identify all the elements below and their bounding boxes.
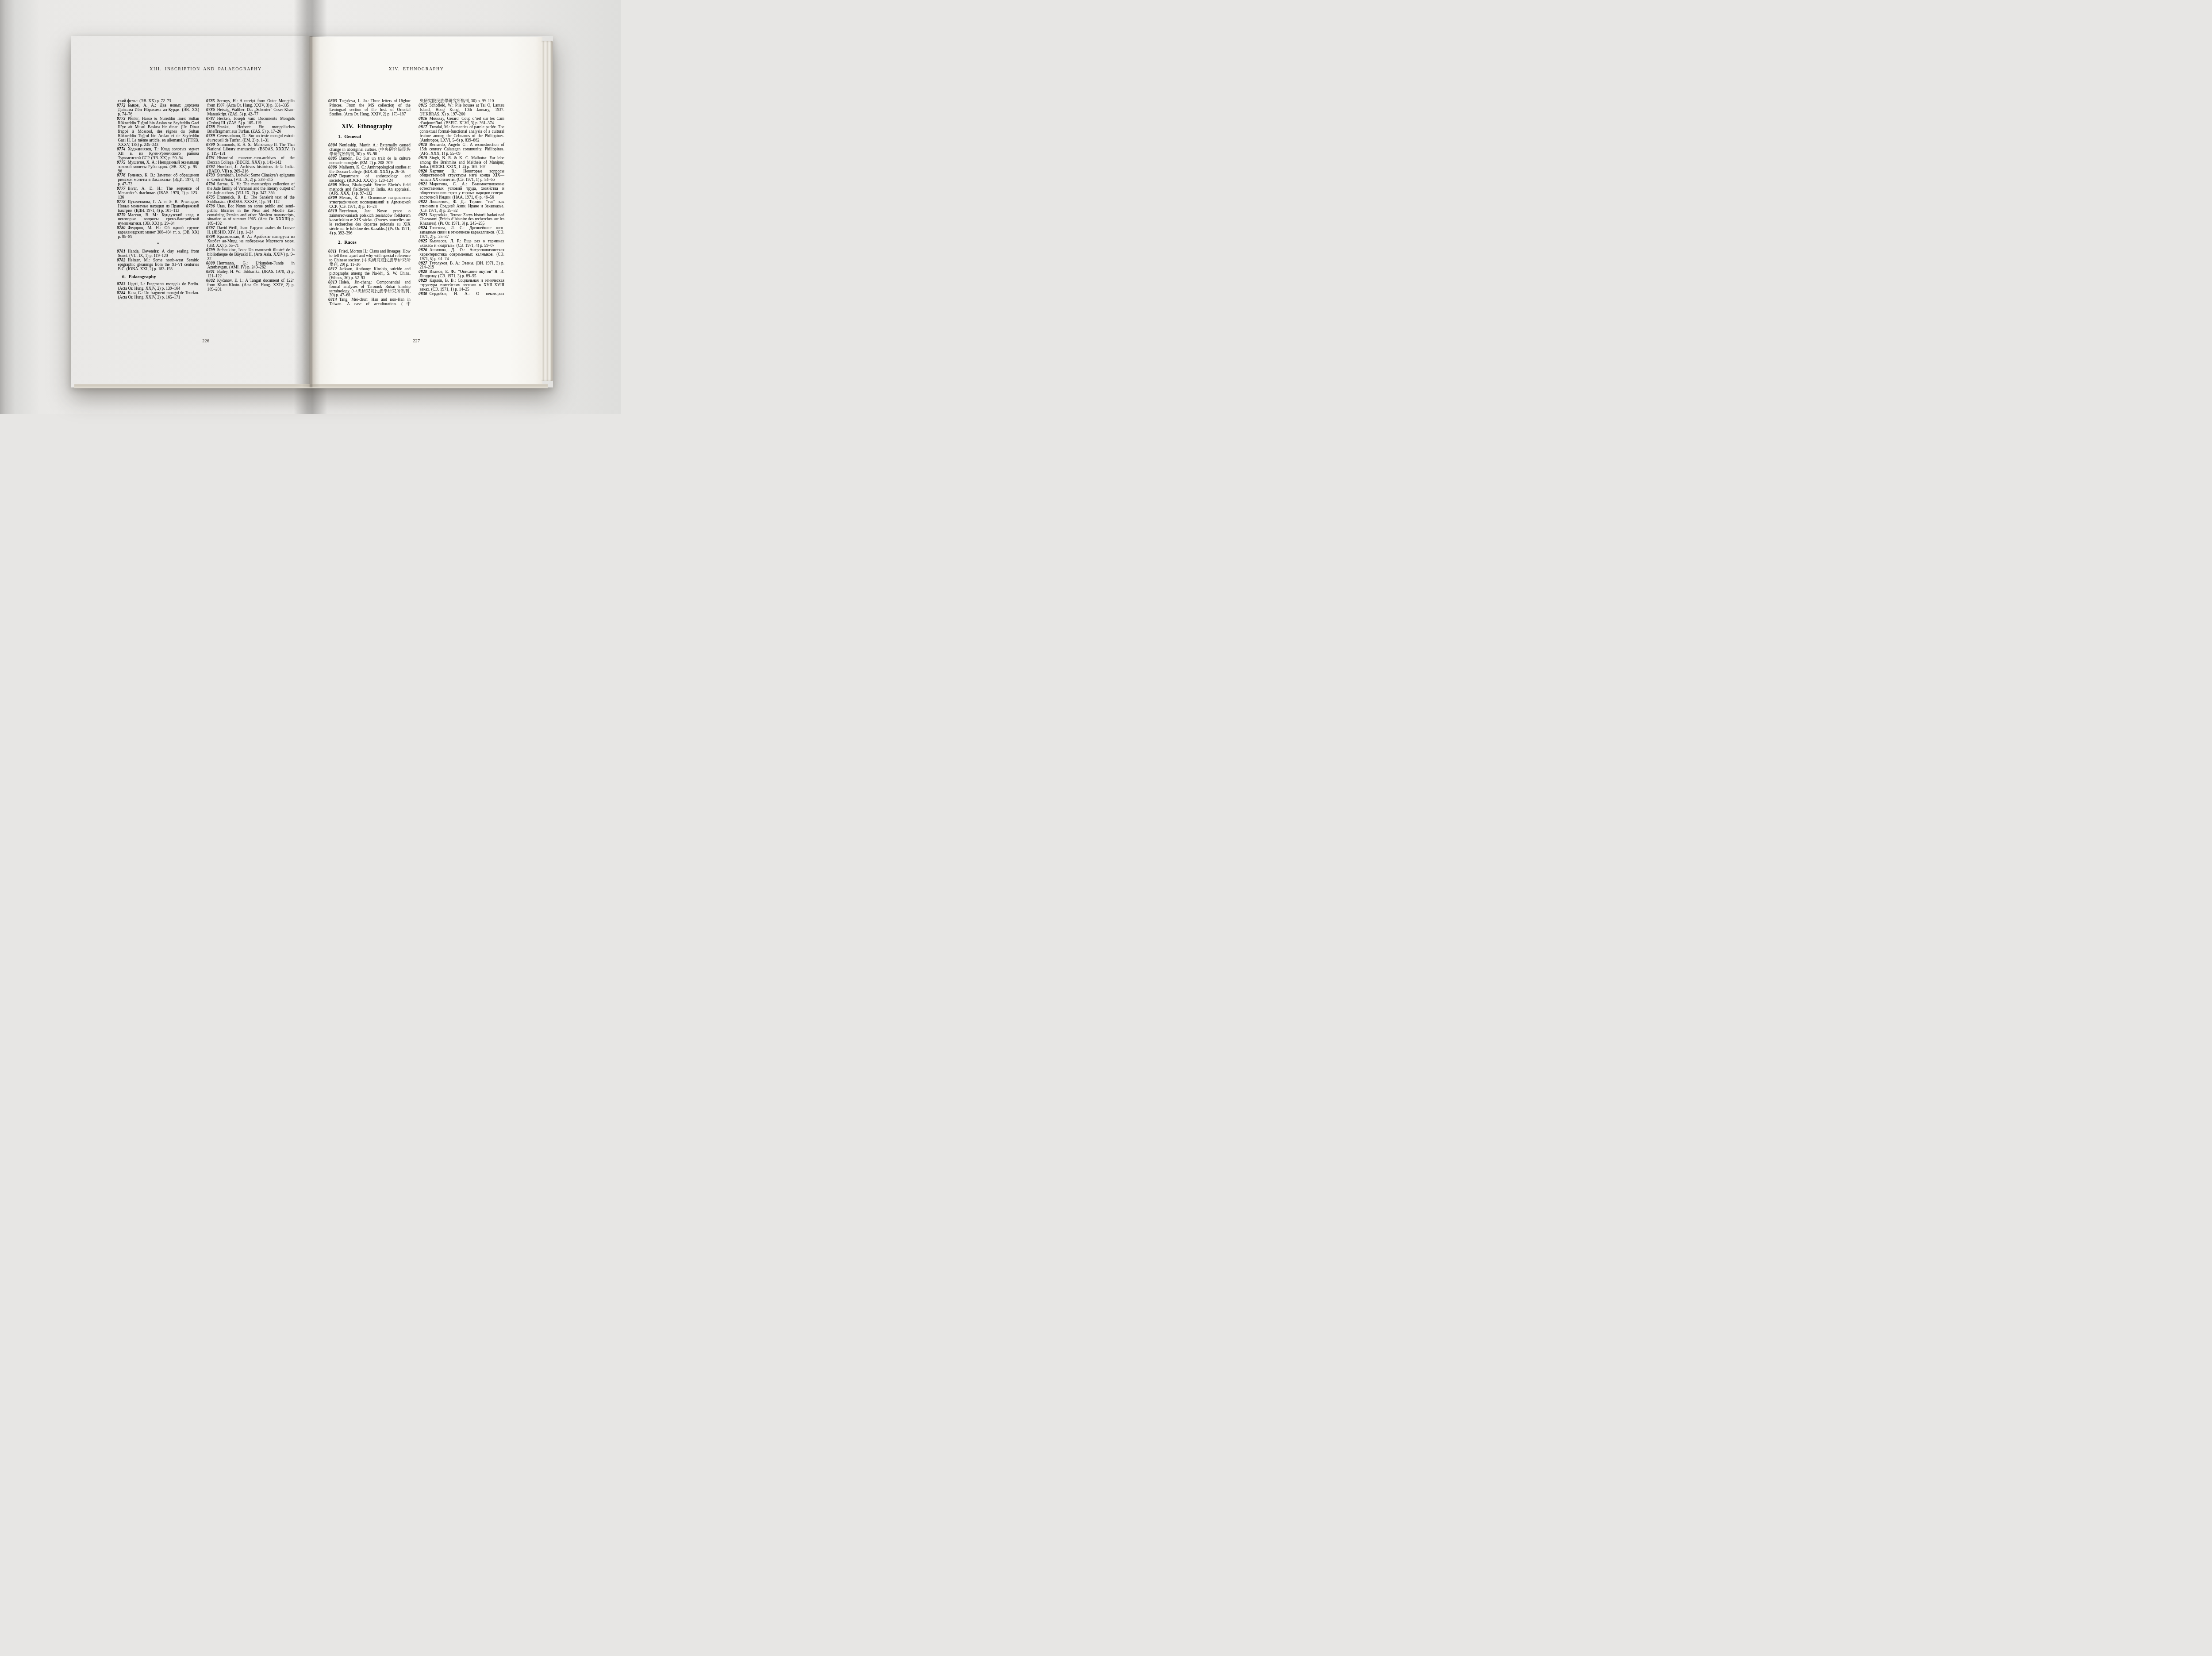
bib-entry-0817: 0817Trosdal, M.: Semantics of parole par…: [419, 126, 504, 143]
entry-text: Franke, Herbert: Ein mongolisches Brieff…: [207, 125, 295, 134]
entry-number: 0791: [206, 156, 215, 161]
entry-number: 0790: [206, 143, 215, 147]
entry-number: 0775: [117, 161, 126, 165]
bib-entry-0781: 0781Handa, Devendra: A clay sealing from…: [117, 250, 199, 259]
entry-text: Pfeiler, Hasso & Nureddin İmre: Sultan R…: [118, 117, 200, 147]
bib-entry-0815: 0815Schofield, W.: Pile houses at Tai O,…: [419, 104, 504, 117]
entry-text: Bivar, A. D. H.: The sequence of Menande…: [118, 187, 200, 200]
entry-text: Nettleship, Martin A.: Externally caused…: [330, 143, 411, 157]
entry-text: Ходжаниязов, Т.: Клад золотых монет XII …: [118, 147, 200, 161]
right-page-column-1: 0803Tuguševa, L. Ju.: Three letters of U…: [328, 100, 411, 307]
entry-text: Damdin, B.: Sur un trait de la culture n…: [330, 157, 411, 165]
entry-number: 0801: [206, 270, 215, 274]
bib-entry-0826: 0826Ашилова, Д. О.: Антропологическая ха…: [419, 249, 504, 262]
entry-text: Stchoukine, Ivan: Un manuscrit illustré …: [207, 248, 295, 261]
entry-number: 0819: [419, 156, 427, 161]
left-page-number: 226: [117, 339, 295, 344]
bib-entry-0809: 0809Мелик, К. В.: Основные направления э…: [328, 196, 411, 210]
entry-text: Маретина, С. А.: Взаимоотношение естеств…: [420, 182, 505, 200]
entry-number: 0781: [117, 249, 126, 254]
entry-number: 0817: [419, 125, 427, 130]
entry-number: 0793: [206, 173, 215, 178]
entry-text: Массон, В. М.: Кундузский клад и некотор…: [118, 213, 200, 226]
entry-number: 0795: [206, 195, 215, 200]
bib-entry-0823: 0823Nagrodzka, Teresa: Zarys historii ba…: [419, 214, 504, 227]
bib-entry-0795: 0795Emmerick, R. E.: The Sanskrit text o…: [206, 196, 295, 205]
right-page-number: 227: [328, 339, 504, 344]
section-heading: 2.Races: [328, 241, 411, 245]
heading-label: Races: [344, 240, 357, 245]
bib-entry-0807: 0807Department of anthropology and socio…: [328, 175, 411, 184]
entry-text: Tuguševa, L. Ju.: Three letters of Uighu…: [330, 99, 411, 117]
entry-text: Сердобов, Н. А.: О некоторых: [430, 292, 504, 296]
bib-entry-0822: 0822Люшкевич, Ф. Д.: Термин “тат” как эт…: [419, 200, 504, 214]
bib-entry-0812: 0812Jackson, Anthony: Kinship, suicide a…: [328, 268, 411, 281]
entry-number: 0784: [117, 291, 126, 295]
entry-text: Bailey, H. W.: Tokharika. (JRAS. 1970, 2…: [207, 270, 295, 279]
entry-text: Singh, N. R. & K. C. Malhotra: Ear lobe …: [420, 156, 505, 169]
entry-number: 0827: [419, 261, 427, 266]
entry-text: Jackson, Anthony: Kinship, suicide and p…: [330, 267, 411, 280]
entry-text: Kara, G.: Un fragment mongol de Tourfan.…: [118, 291, 200, 300]
entry-text: Туголуков, В. А.: Эвены. (ВИ. 1971, 3) p…: [420, 261, 505, 270]
entry-number: 0810: [328, 209, 337, 214]
entry-text: Федоров, М. Н.: Об одной группе карахани…: [118, 226, 200, 239]
entry-number: 0780: [117, 226, 126, 230]
entry-text: Heltzer, M.: Some north-west Semitic epi…: [118, 258, 200, 272]
bib-entry-0804: 0804Nettleship, Martin A.: Externally ca…: [328, 144, 411, 157]
heading-number: 2.: [338, 240, 342, 245]
entry-text: Misra, Bhabagrahi: Verrier Elwin’s field…: [330, 183, 411, 196]
entry-number: 0830: [419, 292, 427, 296]
page-edges-right: [541, 41, 553, 381]
entry-text: Мушегян, Х. А.: Неизданный экземпляр зол…: [118, 161, 200, 174]
heading-label: Ethnography: [357, 123, 392, 130]
entry-number: 0826: [419, 248, 427, 253]
bib-entry-0800: 0800Herrmann, G.: Urkunden-Funde in Azer…: [206, 262, 295, 271]
bib-entry-0784: 0784Kara, G.: Un fragment mongol de Tour…: [117, 291, 199, 300]
open-book: XIII. INSCRIPTION AND PALAEOGRAPHY XIV. …: [71, 36, 553, 387]
bib-entry-0810: 0810Reychman, Jan: Nowe prace o zainters…: [328, 210, 411, 236]
entry-text: Fried, Morton H.: Clans and lineages. Ho…: [330, 249, 411, 267]
bib-entry-0792: 0792Humbert, J.: Archivos históricos de …: [206, 165, 295, 174]
entry-text: Kyčanov, E. I.: A Tangut document of 122…: [207, 279, 295, 292]
bib-entry-0782: 0782Heltzer, M.: Some north-west Semitic…: [117, 259, 199, 272]
bib-entry-0830: 0830Сердобов, Н. А.: О некоторых: [419, 292, 504, 297]
entry-text: Schofield, W.: Pile houses at Tai O, Lan…: [420, 103, 505, 117]
entry-number: 0777: [117, 187, 126, 191]
bib-entry-0783: 0783Ligeti, L.: Fragments mongols de Ber…: [117, 283, 199, 291]
entry-number: 0820: [419, 169, 427, 174]
entry-number: 0828: [419, 270, 427, 274]
bib-entry-0785: 0785Serruys, H.: A receipt from Outer Mo…: [206, 100, 295, 108]
entry-number: 0814: [328, 298, 337, 302]
bib-entry-0794: 0794Sarma, K. V.: The manuscripts collec…: [206, 183, 295, 196]
entry-text: Sarma, K. V.: The manuscripts collection…: [207, 182, 295, 195]
bib-entry-0801: 0801Bailey, H. W.: Tokharika. (JRAS. 197…: [206, 270, 295, 279]
entry-number: 0825: [419, 239, 427, 244]
entry-text: Кызласов, Л. Р.: Еще раз о терминах «хак…: [420, 239, 505, 248]
left-running-head: XIII. INSCRIPTION AND PALAEOGRAPHY: [117, 67, 295, 72]
entry-number: 0797: [206, 226, 215, 230]
left-page-column-2: 0785Serruys, H.: A receipt from Outer Mo…: [206, 100, 295, 292]
entry-text: Толстова, Л. С.: Древнейшие юго-западные…: [420, 226, 505, 239]
entry-number: 0816: [419, 117, 427, 121]
entry-text: Люшкевич, Ф. Д.: Термин “тат” как этнони…: [420, 200, 505, 213]
section-heading: 6.Palaeography: [117, 275, 199, 280]
entry-text: Hsieh, Jin-chang: Componential and forma…: [330, 280, 411, 298]
left-page-column-1: ский фельс. (ЭВ. XX) p. 72–730772Быков, …: [117, 100, 199, 300]
bib-entry-0790: 0790Simmonds, E. H. S.: Mahōrasop II. Th…: [206, 143, 295, 157]
entry-text: Bernardo, Angelo G.: A reconstruction of…: [420, 143, 505, 156]
entry-number: 0811: [328, 249, 337, 254]
entry-text: Крачковская, В. А.: Арабские папирусы из…: [207, 235, 295, 248]
entry-text: Trosdal, M.: Semantics of parole parlée.…: [420, 125, 505, 143]
entry-number: 0782: [117, 258, 126, 263]
entry-number: 0794: [206, 182, 215, 187]
bib-entry-0813: 0813Hsieh, Jin-chang: Componential and f…: [328, 281, 411, 299]
bib-entry-0778: 0778Пугаченкова, Г. А. и Э. В. Ртвеладзе…: [117, 200, 199, 214]
entry-text: Utas, Bo: Notes on some public and semi-…: [207, 204, 295, 226]
entry-number: 0778: [117, 200, 126, 204]
bib-entry-0814: 0814Tang, Mei-chun: Han and non-Han in T…: [328, 298, 411, 307]
bib-entry-0824: 0824Толстова, Л. С.: Древнейшие юго-запа…: [419, 226, 504, 240]
entry-text: Быков, А. А.: Два новых дирхема Дайсама …: [118, 103, 200, 117]
heading-label: Palaeography: [129, 275, 156, 280]
bib-entry-0827: 0827Туголуков, В. А.: Эвены. (ВИ. 1971, …: [419, 262, 504, 271]
entry-number: 0788: [206, 125, 215, 130]
entry-number: 0798: [206, 235, 215, 239]
entry-text: Cerensodnom, D.: Sur un texte mongol ext…: [207, 134, 295, 143]
entry-number: 0787: [206, 117, 215, 121]
entry-text: Sternbach, Ludwik: Some Cāṇakya’s epigra…: [207, 173, 295, 182]
bib-entry-0788: 0788Franke, Herbert: Ein mongolisches Br…: [206, 126, 295, 134]
entry-text: Emmerick, R. E.: The Sanskrit text of th…: [207, 195, 295, 204]
photo-of-open-book: XIII. INSCRIPTION AND PALAEOGRAPHY XIV. …: [0, 0, 621, 414]
right-page-column-2: 央研究院民族學研究所集刊, 30) p. 99–1100815Schofield…: [419, 100, 504, 297]
right-running-head: XIV. ETHNOGRAPHY: [328, 67, 504, 72]
bib-entry-0772: 0772Быков, А. А.: Два новых дирхема Дайс…: [117, 104, 199, 117]
entry-text: Handa, Devendra: A clay sealing from Sun…: [118, 249, 200, 258]
entry-text: Simmonds, E. H. S.: Mahōrasop II. The Th…: [207, 143, 295, 156]
entry-text: Голенко, К. В.: Заметки об обращении рим…: [118, 173, 200, 187]
bib-entry-0803: 0803Tuguševa, L. Ju.: Three letters of U…: [328, 100, 411, 117]
entry-number: 0799: [206, 248, 215, 253]
bib-entry-0789: 0789Cerensodnom, D.: Sur un texte mongol…: [206, 134, 295, 143]
bib-entry-0829: 0829Карлов, В. В.: Социальная и этническ…: [419, 279, 504, 292]
entry-number: 0808: [328, 183, 337, 188]
entry-number: 0803: [328, 99, 337, 103]
bib-entry-0811: 0811Fried, Morton H.: Clans and lineages…: [328, 250, 411, 268]
entry-text: David-Weill, Jean: Papyrus arabes du Lou…: [207, 226, 295, 235]
heading-number: 1.: [338, 134, 342, 139]
entry-number: 0809: [328, 196, 337, 200]
bib-entry-0786: 0786Heissig, Walther: Das „Scheuter“ Ges…: [206, 108, 295, 117]
entry-number: 0792: [206, 165, 215, 169]
bib-entry-0818: 0818Bernardo, Angelo G.: A reconstructio…: [419, 143, 504, 157]
bib-entry-0776: 0776Голенко, К. В.: Заметки об обращении…: [117, 174, 199, 187]
section-heading: 1.General: [328, 135, 411, 139]
entry-text: Moussay, Gérard: Coup d’œil sur les Cam …: [420, 117, 505, 126]
entry-text: Иванов, Е. Ф.: “Описание якутов” Я. И. Л…: [420, 270, 505, 279]
bib-entry-0825: 0825Кызласов, Л. Р.: Еще раз о терминах …: [419, 240, 504, 249]
chapter-title: XIV.Ethnography: [328, 125, 411, 129]
entry-text: Карлов, В. В.: Социальная и этническая с…: [420, 279, 505, 292]
entry-number: 0789: [206, 134, 215, 138]
bib-entry-0828: 0828Иванов, Е. Ф.: “Описание якутов” Я. …: [419, 270, 504, 279]
bib-entry-0793: 0793Sternbach, Ludwik: Some Cāṇakya’s ep…: [206, 174, 295, 183]
entry-number: 0804: [328, 143, 337, 148]
bib-entry-0819: 0819Singh, N. R. & K. C. Malhotra: Ear l…: [419, 157, 504, 170]
bib-entry-0773: 0773Pfeiler, Hasso & Nureddin İmre: Sult…: [117, 117, 199, 148]
heading-number: 6.: [122, 275, 126, 280]
entry-number: 0796: [206, 204, 215, 209]
entry-text: Heissig, Walther: Das „Scheuter“ Geser-K…: [207, 108, 295, 117]
entry-text: Tang, Mei-chun: Han and non-Han in Taiwa…: [330, 298, 411, 307]
entry-text: Nagrodzka, Teresa: Zarys historii badań …: [420, 213, 505, 226]
entry-text: Serruys, H.: A receipt from Outer Mongol…: [207, 99, 295, 108]
bib-entry-0797: 0797David-Weill, Jean: Papyrus arabes du…: [206, 226, 295, 235]
entry-text: Department of anthropology and sociology…: [330, 174, 411, 183]
section-separator: *: [117, 243, 199, 247]
entry-number: 0813: [328, 280, 337, 285]
bib-entry-0796: 0796Utas, Bo: Notes on some public and s…: [206, 205, 295, 227]
bib-entry-0802: 0802Kyčanov, E. I.: A Tangut document of…: [206, 279, 295, 292]
entry-number: 0806: [328, 165, 337, 170]
entry-number: 0812: [328, 267, 337, 272]
entry-number: 0772: [117, 103, 126, 108]
entry-number: 0774: [117, 147, 126, 152]
entry-number: 0776: [117, 173, 126, 178]
bib-entry-0791: 0791Historical museum-cum-archives of th…: [206, 157, 295, 165]
entry-text: Пугаченкова, Г. А. и Э. В. Ртвеладзе: Но…: [118, 200, 200, 213]
bib-entry-0816: 0816Moussay, Gérard: Coup d’œil sur les …: [419, 117, 504, 126]
entry-number: 0821: [419, 182, 427, 187]
bib-entry-0798: 0798Крачковская, В. А.: Арабские папирус…: [206, 235, 295, 249]
bib-entry-0821: 0821Маретина, С. А.: Взаимоотношение ест…: [419, 183, 504, 200]
entry-text: Malhotra, K. C.: Anthropological studies…: [330, 165, 411, 174]
bib-entry-0820: 0820Хартвиг, В.: Некоторые вопросы общес…: [419, 170, 504, 183]
bib-entry-0787: 0787Hecken, Joseph van: Documents Mongol…: [206, 117, 295, 126]
bib-entry-0779: 0779Массон, В. М.: Кундузский клад и нек…: [117, 214, 199, 227]
heading-number: XIV.: [342, 123, 353, 130]
entry-text: Reychman, Jan: Nowe prace o zaintersowan…: [330, 209, 411, 236]
bib-entry-0775: 0775Мушегян, Х. А.: Неизданный экземпляр…: [117, 161, 199, 174]
entry-number: 0807: [328, 174, 337, 179]
entry-text: Мелик, К. В.: Основные направления этног…: [330, 196, 411, 209]
bib-entry-0780: 0780Федоров, М. Н.: Об одной группе кара…: [117, 226, 199, 240]
entry-number: 0815: [419, 103, 427, 108]
heading-label: General: [344, 134, 361, 139]
bib-entry-0774: 0774Ходжаниязов, Т.: Клад золотых монет …: [117, 148, 199, 161]
bib-entry-0805: 0805Damdin, B.: Sur un trait de la cultu…: [328, 157, 411, 166]
entry-text: Humbert, J.: Archivos históricos de la I…: [207, 165, 295, 174]
entry-text: Herrmann, G.: Urkunden-Funde in Azerbayg…: [207, 261, 295, 270]
entry-number: 0785: [206, 99, 215, 103]
entry-number: 0822: [419, 200, 427, 204]
entry-text: Ligeti, L.: Fragments mongols de Berlin.…: [118, 282, 200, 291]
entry-text: Historical museum-cum-archives of the De…: [207, 156, 295, 165]
entry-text: Хартвиг, В.: Некоторые вопросы обществен…: [420, 169, 505, 183]
entry-text: Ашилова, Д. О.: Антропологическая характ…: [420, 248, 505, 261]
entry-text: Hecken, Joseph van: Documents Mongols (O…: [207, 117, 295, 126]
entry-number: 0818: [419, 143, 427, 147]
bib-entry-0806: 0806Malhotra, K. C.: Anthropological stu…: [328, 166, 411, 175]
entry-number: 0805: [328, 157, 337, 161]
entry-number: 0786: [206, 108, 215, 112]
entry-number: 0802: [206, 279, 215, 283]
bib-entry-0777: 0777Bivar, A. D. H.: The sequence of Men…: [117, 187, 199, 200]
entry-number: 0824: [419, 226, 427, 230]
book-gutter-shadow: [302, 36, 320, 387]
entry-number: 0773: [117, 117, 126, 121]
entry-number: 0829: [419, 279, 427, 283]
bib-entry-0799: 0799Stchoukine, Ivan: Un manuscrit illus…: [206, 249, 295, 262]
entry-number: 0783: [117, 282, 126, 287]
bib-entry-0808: 0808Misra, Bhabagrahi: Verrier Elwin’s f…: [328, 184, 411, 197]
